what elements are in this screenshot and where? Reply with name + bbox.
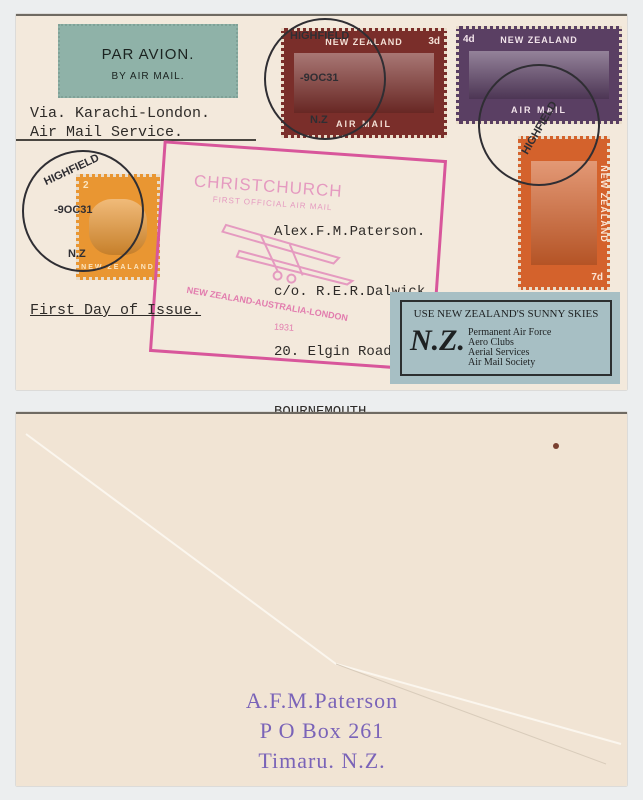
postmark-highfield: HIGHFIELD -9OC31 N.Z bbox=[264, 18, 386, 140]
return-address-line: P O Box 261 bbox=[202, 716, 442, 746]
nz-label-heading: USE NEW ZEALAND'S SUNNY SKIES bbox=[402, 308, 610, 320]
nz-monogram: N.Z. bbox=[410, 324, 465, 358]
return-address-line: A.F.M.Paterson bbox=[202, 686, 442, 716]
postmark-date: -9OC31 bbox=[300, 72, 339, 84]
postmark-town: HIGHFIELD bbox=[520, 99, 560, 156]
envelope-front: PAR AVION. BY AIR MAIL. Via. Karachi-Lon… bbox=[16, 14, 627, 390]
routing-text: Via. Karachi-London. Air Mail Service. bbox=[30, 104, 210, 142]
by-air-mail-text: BY AIR MAIL. bbox=[60, 71, 236, 82]
postmark-town: HIGHFIELD bbox=[42, 152, 101, 188]
postmark-highfield: HIGHFIELD bbox=[478, 64, 600, 186]
stamp-header: NEW ZEALAND bbox=[459, 35, 619, 45]
postmark-country: N.Z bbox=[68, 248, 86, 260]
divider-line bbox=[16, 139, 256, 141]
par-avion-text: PAR AVION. bbox=[60, 46, 236, 63]
postmark-town: HIGHFIELD bbox=[290, 30, 349, 42]
return-address-stamp: A.F.M.Paterson P O Box 261 Timaru. N.Z. bbox=[202, 686, 442, 776]
stamp-value: 7d bbox=[591, 272, 603, 283]
nz-sunny-skies-label: USE NEW ZEALAND'S SUNNY SKIES N.Z. Perma… bbox=[390, 292, 620, 384]
first-day-of-issue-text: First Day of Issue. bbox=[30, 302, 201, 319]
stamp-value: 3d bbox=[428, 36, 440, 47]
routing-line-1: Via. Karachi-London. bbox=[30, 104, 210, 123]
envelope-back: A.F.M.Paterson P O Box 261 Timaru. N.Z. bbox=[16, 412, 627, 786]
address-line: Alex.F.M.Paterson. bbox=[274, 222, 434, 242]
postmark-country: N.Z bbox=[310, 114, 328, 126]
nz-label-item: Air Mail Society bbox=[468, 358, 551, 368]
stamp-value: 4d bbox=[463, 34, 475, 45]
stamp-header: NEW ZEALAND bbox=[599, 161, 609, 247]
return-address-line: Timaru. N.Z. bbox=[202, 746, 442, 776]
par-avion-label: PAR AVION. BY AIR MAIL. bbox=[58, 24, 238, 98]
postmark-date: -9OC31 bbox=[54, 204, 93, 216]
postmark-highfield: HIGHFIELD -9OC31 N.Z bbox=[22, 150, 144, 272]
